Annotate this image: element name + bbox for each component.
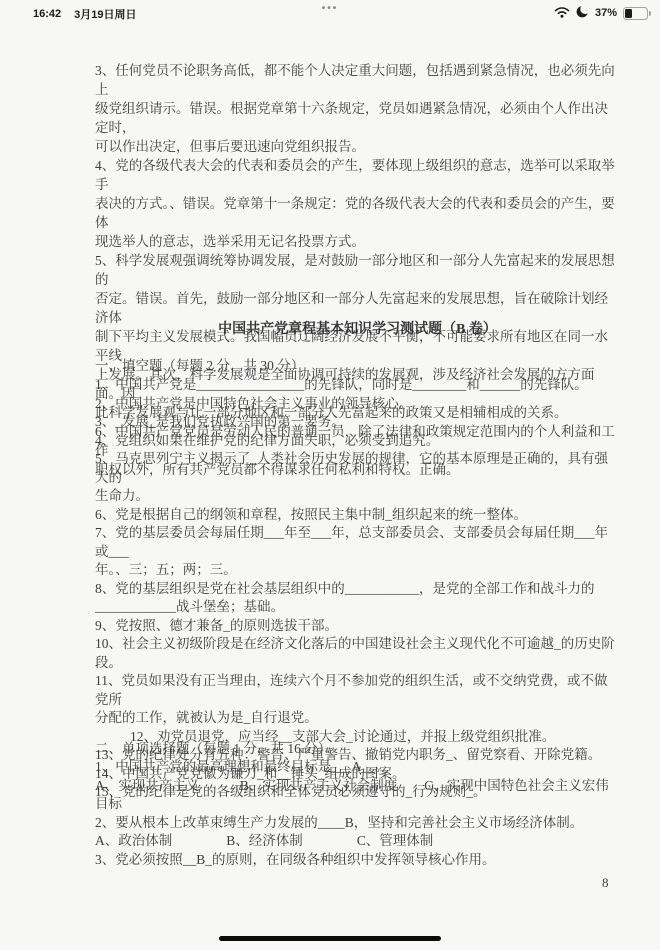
section2-heading: 二、单项选择题（每题 1 分，共 16 分）: [95, 739, 620, 758]
text-line: 6、党是根据自己的纲领和章程，按照民主集中制_组织起来的统一整体。: [95, 506, 620, 525]
moon-icon: [576, 5, 589, 21]
section1-heading: 一、填空题（每题 2 分，共 30 分）: [95, 356, 620, 375]
text-line: 8、党的基层组织是党在社会基层组织中的___________，是党的全部工作和战…: [95, 580, 620, 599]
text-line: 2、中国共产党是中国特色社会主义事业的领导核心。: [95, 395, 620, 414]
text-line: A、政治体制 B、经济体制 C、管理体制: [95, 832, 620, 851]
text-line: 5、科学发展观强调统筹协调发展，是对鼓励一部分地区和一部分人先富起来的发展思想的: [95, 251, 620, 289]
page-number: 8: [602, 875, 609, 891]
text-line: 1、中国共产党是________________的先锋队，同时是________…: [95, 376, 620, 395]
text-line: 分配的工作，就被认为是_自行退党。: [95, 709, 620, 728]
text-line: 3、任何党员不论职务高低，都不能个人决定重大问题，包括遇到紧急情况，也必须先向上: [95, 61, 620, 99]
text-line: 3、_发展_是我们党执政兴国的第一要务。: [95, 413, 620, 432]
status-right: 37%: [554, 5, 648, 21]
text-line: 年。、三；五；两；三。: [95, 561, 620, 580]
battery-nub: [649, 11, 651, 16]
text-line: 10、社会主义初级阶段是在经济文化落后的中国建设社会主义现代化不可逾越_的历史阶…: [95, 635, 620, 672]
text-line: 9、党按照、德才兼备_的原则选拔干部。: [95, 617, 620, 636]
text-line: A、实现共产主义 B、实现共产主义社会制度 C、实现中国特色社会主义宏伟: [95, 777, 620, 796]
text-line: 3、党必须按照__B_的原则，在同级各种组织中发挥领导核心作用。: [95, 851, 620, 870]
document-title: 中国共产党章程基本知识学习测试题（B 卷）: [95, 320, 620, 339]
wifi-icon: [554, 6, 570, 21]
battery-icon: [623, 7, 648, 20]
text-line: 级党组织请示。错误。根据党章第十六条规定，党员如遇紧急情况，必须由个人作出决定时…: [95, 99, 620, 137]
text-line: 生命力。: [95, 487, 620, 506]
battery-fill: [625, 9, 632, 18]
text-line: 4、党组织如果在维护党的纪律方面失职，必须受到追究。: [95, 432, 620, 451]
multiple-choice-questions: 1、中国共产党的最高理想和最终目标是___A__。A、实现共产主义 B、实现共产…: [95, 758, 620, 869]
text-line: 5、马克思列宁主义揭示了_人类社会历史发展的规律，它的基本原理是正确的，具有强大…: [95, 450, 620, 487]
text-line: 目标: [95, 795, 620, 814]
text-line: ____________战斗堡垒；基础。: [95, 598, 620, 617]
text-line: 4、党的各级代表大会的代表和委员会的产生，要体现上级组织的意志，选举可以采取举手: [95, 156, 620, 194]
home-indicator[interactable]: [219, 936, 441, 941]
text-line: 现选举人的意志，选举采用无记名投票方式。: [95, 232, 620, 251]
text-line: 2、要从根本上改革束缚生产力发展的____B，坚持和完善社会主义市场经济体制。: [95, 814, 620, 833]
status-bar: 16:42 3月19日周日 ••• 37%: [0, 0, 660, 24]
battery-percent: 37%: [595, 7, 617, 19]
text-line: 11、党员如果没有正当理由，连续六个月不参加党的组织生活，或不交纳党费，或不做党…: [95, 672, 620, 709]
text-line: 表决的方式。、错误。党章第十一条规定：党的各级代表大会的代表和委员会的产生，要体: [95, 194, 620, 232]
ipad-screen: 16:42 3月19日周日 ••• 37%: [0, 0, 660, 950]
text-line: 7、党的基层委员会每届任期___年至___年，总支部委员会、支部委员会每届任期_…: [95, 524, 620, 561]
fill-in-blank-questions: 1、中国共产党是________________的先锋队，同时是________…: [95, 376, 620, 802]
text-line: 可以作出决定，但事后要迅速向党组织报告。: [95, 137, 620, 156]
text-line: 1、中国共产党的最高理想和最终目标是___A__。: [95, 758, 620, 777]
